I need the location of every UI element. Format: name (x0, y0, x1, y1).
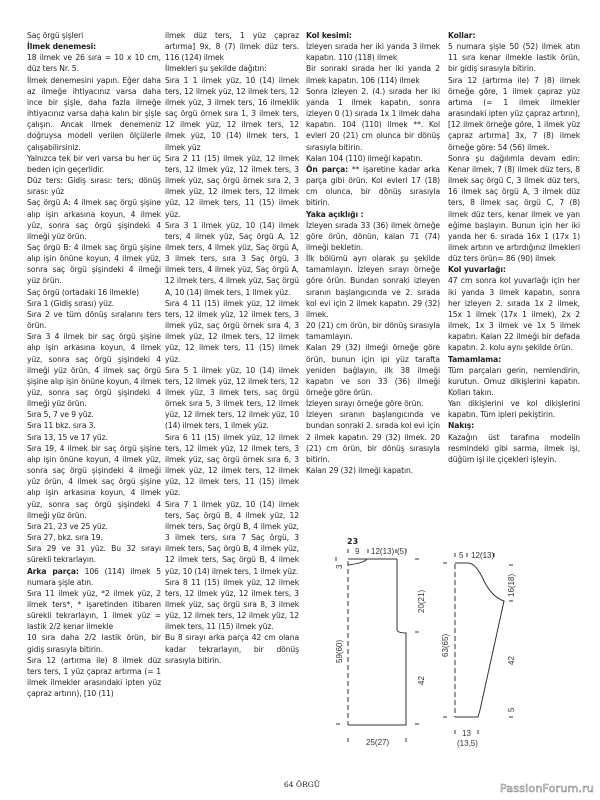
paragraph: 5 numara şişle 50 (52) ilmek atın 11 sır… (448, 41, 580, 74)
paragraph: Arka parça: 106 (114) ilmek 5 numara şiş… (27, 566, 161, 588)
paragraph: Sıra 4 11 (15) ilmek yüz, 12 ilmek ters,… (165, 298, 299, 365)
section-heading: Nakış: (448, 420, 580, 431)
label-armhole-height: 20(21) (417, 590, 426, 613)
paragraph: Sıra 1 1 ilmek yüz, 10 (14) ilmek ters, … (165, 75, 299, 153)
label-sleeve-side-height: 42 (507, 656, 516, 665)
paragraph: Sonra izleyen 2. (4.) sırada her iki yan… (306, 86, 440, 153)
paragraph: Saç örgü şişleri (27, 30, 161, 41)
section-heading: İlmek denemesi: (27, 41, 161, 52)
paragraph: Sıra 19, 4 ilmek bir saç örgü şişine alı… (27, 443, 161, 521)
paragraph: Saç örgü B: 4 ilmek saç örgü şişine alıp… (27, 242, 161, 287)
paragraph: Ön parça: ** işaretine kadar arka parça … (306, 164, 440, 209)
paragraph-lead: Ön parça: (306, 165, 348, 174)
paragraph: Sıra 8 11 (15) ilmek yüz, 12 ilmek ters,… (165, 577, 299, 633)
paragraph: Sıra 6 11 (15) ilmek yüz, 12 ilmek ters,… (165, 432, 299, 499)
watermark: PassionForum.ru (500, 782, 594, 795)
paragraph: ilmek düz ters, 1 yüz çapraz artırma] 9x… (165, 30, 299, 63)
paragraph: Sıra 27, bkz. sıra 19. (27, 532, 161, 543)
paragraph: Saç örgü A: 4 ilmek saç örgü şişine alıp… (27, 197, 161, 242)
paragraph: Tüm parçaları gerin, nemlendirin, kurutu… (448, 365, 580, 398)
paragraph: Sıra 7 1 ilmek yüz, 10 (14) ilmek ters, … (165, 499, 299, 577)
text-column-2: ilmek düz ters, 1 yüz çapraz artırma] 9x… (165, 30, 299, 666)
label-sleeve-cuff-height: 5 (507, 707, 516, 712)
text-column-3: Kol kesimi:İzleyen sırada her iki yanda … (306, 30, 440, 476)
paragraph: Bir sonraki sırada her iki yanda 2 ilmek… (306, 63, 440, 85)
paragraph: 18 ilmek ve 26 sıra = 10 x 10 cm, düz te… (27, 52, 161, 74)
section-heading: Kol yuvarlağı: (448, 264, 580, 275)
paragraph: Sıra 2 11 (15) ilmek yüz, 12 ilmek ters,… (165, 153, 299, 220)
paragraph: 20 (21) cm örün, bir dönüş sırasıyla tam… (306, 320, 440, 342)
paragraph: Sıra 13, 15 ve 17 yüz. (27, 432, 161, 443)
paragraph: 47 cm sonra kol yuvarlağı için her iki y… (448, 275, 580, 353)
label-sleeve-top-width-1: 5 (459, 551, 464, 560)
paragraph: İlmekleri şu şekilde dağıtın: (165, 63, 299, 74)
paragraph: Sıra 3 4 ilmek bir saç örgü şişine alıp … (27, 331, 161, 409)
page-footer: 64 ÖRGÜ (284, 780, 320, 789)
paragraph: Bu 8 sırayı arka parça 42 cm olana kadar… (165, 632, 299, 665)
label-sleeve-bottom-width: 13 (462, 729, 471, 738)
paragraph: Sıra 2 ve tüm dönüş sıralarını ters örün… (27, 309, 161, 331)
label-sleeve-bottom-width-alt: (13,5) (457, 739, 478, 748)
label-neck-width: 9 (355, 547, 360, 556)
paragraph: Sıra 11 ilmek yüz, *2 ilmek yüz, 2 ilmek… (27, 588, 161, 633)
paragraph: İzleyen sırada 33 (36) ilmek örneğe göre… (306, 220, 440, 253)
paragraph: Kalan 104 (110) ilmeği kapatın. (306, 153, 440, 164)
paragraph: İzleyen sırayı örneğe göre örün. (306, 398, 440, 409)
label-bottom-width: 25(27) (366, 738, 389, 747)
paragraph: Sıra 11 bkz. sıra 3. (27, 420, 161, 431)
label-side-height: 42 (417, 676, 426, 685)
paragraph: Yalnızca tek bir veri varsa bu her üç be… (27, 153, 161, 175)
sleeve-schematic (443, 553, 513, 734)
paragraph-lead: Arka parça: (27, 567, 79, 576)
section-heading: Kollar: (448, 30, 580, 41)
paragraph: İzleyen sırada her iki yanda 3 ilmek kap… (306, 41, 440, 63)
text-column-1: Saç örgü şişleriİlmek denemesi:18 ilmek … (27, 30, 161, 699)
label-sleeve-top-width-2: 12(13) (471, 551, 494, 560)
section-heading: Tamamlama: (448, 354, 580, 365)
paragraph: Kalan 29 (32) ilmeği örneğe göre örün, b… (306, 342, 440, 398)
paragraph: Kalan 29 (32) ilmeği kapatın. (306, 465, 440, 476)
paragraph: Sıra 1 (Gidiş sırası) yüz. (27, 298, 161, 309)
paragraph: İlk bölümü ayrı olarak şu şekilde tamaml… (306, 253, 440, 320)
paragraph: Düz ters: Gidiş sırası: ters; dönüş sıra… (27, 175, 161, 197)
paragraph: Kazağın üst tarafına modelin resmindeki … (448, 432, 580, 465)
paragraph: Sıra 5 1 ilmek yüz, 10 (14) ilmek ters, … (165, 365, 299, 432)
label-sleeve-total-height: 63(65) (441, 634, 450, 657)
text-column-4: Kollar:5 numara şişle 50 (52) ilmek atın… (448, 30, 580, 465)
schematic-diagram: 9 12(13) 4 (5) 3 20(21) 42 59(60) 25(27)… (300, 545, 600, 775)
paragraph: Sıra 5, 7 ve 9 yüz. (27, 409, 161, 420)
paragraph: Sonra şu dağılımla devam edin: Kenar ilm… (448, 153, 580, 265)
paragraph: Sıra 21, 23 ve 25 yüz. (27, 521, 161, 532)
label-total-height: 59(60) (335, 640, 344, 663)
body-schematic (336, 549, 419, 742)
section-heading: Yaka açıklığı : (306, 209, 440, 220)
paragraph: Saç örgü (ortadaki 16 ilmekle) (27, 287, 161, 298)
paragraph: Yan dikişlerini ve kol dikişlerini kapat… (448, 398, 580, 420)
paragraph: İlmek denemesini yapın. Eğer daha az ilm… (27, 75, 161, 153)
paragraph: Sıra 3 1 ilmek yüz, 10 (14) ilmek ters, … (165, 220, 299, 298)
label-sleeve-cap-height: 16(18) (507, 574, 516, 597)
label-armhole-width-alt: (5) (397, 547, 407, 556)
label-shoulder-width: 12(13) (371, 547, 394, 556)
label-neck-drop: 3 (335, 564, 344, 569)
section-heading: Kol kesimi: (306, 30, 440, 41)
paragraph: Sıra 12 (artırma ile) 8 ilmek düz ters t… (27, 655, 161, 700)
label-armhole-width: 4 (400, 545, 405, 546)
paragraph: Sıra 12 (artırma ile) 7 (8) ilmek örneğe… (448, 75, 580, 153)
paragraph: İzleyen sıranın başlangıcında ve bundan … (306, 409, 440, 465)
paragraph: 10 sıra daha 2/2 lastik örün, bir gidiş … (27, 632, 161, 654)
paragraph: Sıra 29 ve 31 yüz. Bu 32 sırayı sürekli … (27, 543, 161, 565)
